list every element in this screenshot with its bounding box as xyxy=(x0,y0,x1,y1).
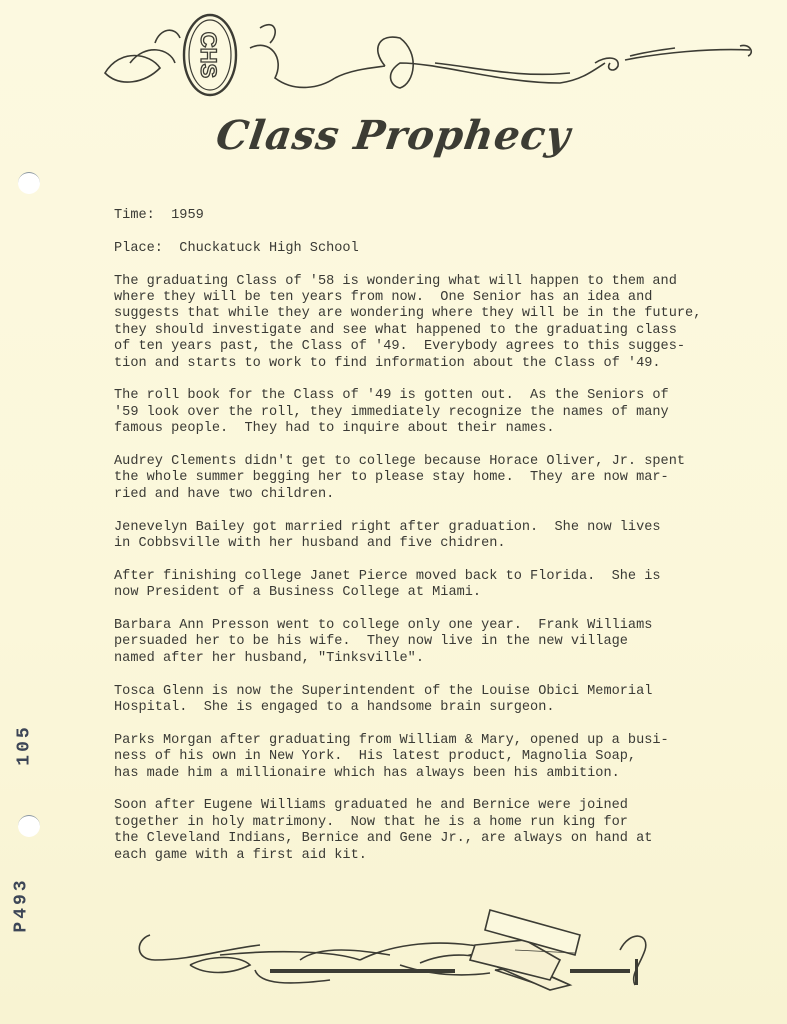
page-title: Class Prophecy xyxy=(0,112,787,159)
paragraph-parks-morgan: Parks Morgan after graduating from Willi… xyxy=(114,733,714,782)
paragraph-roll-book: The roll book for the Class of '49 is go… xyxy=(114,388,714,437)
paragraph-janet-pierce: After finishing college Janet Pierce mov… xyxy=(114,569,714,602)
margin-archive-code: P493 xyxy=(12,877,32,932)
time-value: 1959 xyxy=(171,208,204,223)
paragraph-barbara-presson: Barbara Ann Presson went to college only… xyxy=(114,618,714,667)
paragraph-eugene-williams: Soon after Eugene Williams graduated he … xyxy=(114,798,714,864)
margin-page-number: 105 xyxy=(15,724,35,765)
paragraph-audrey-clements: Audrey Clements didn't get to college be… xyxy=(114,454,714,503)
place-line: Place: Chuckatuck High School xyxy=(114,241,714,257)
place-value: Chuckatuck High School xyxy=(179,241,358,256)
punch-hole-top xyxy=(18,172,40,194)
document-body: Time: 1959 Place: Chuckatuck High School… xyxy=(114,208,714,880)
header-flourish-ornament: CHS xyxy=(100,8,760,108)
document-page: 105 P493 CHS Class Prophecy Time: 1959 P… xyxy=(0,0,787,1024)
monogram-text: CHS xyxy=(196,32,221,78)
footer-books-flourish-ornament xyxy=(130,905,770,1005)
time-label: Time: xyxy=(114,208,155,223)
paragraph-tosca-glenn: Tosca Glenn is now the Superintendent of… xyxy=(114,684,714,717)
place-label: Place: xyxy=(114,241,163,256)
paragraph-intro: The graduating Class of '58 is wondering… xyxy=(114,274,714,372)
paragraph-jenevelyn-bailey: Jenevelyn Bailey got married right after… xyxy=(114,520,714,553)
time-line: Time: 1959 xyxy=(114,208,714,224)
punch-hole-bottom xyxy=(18,815,40,837)
